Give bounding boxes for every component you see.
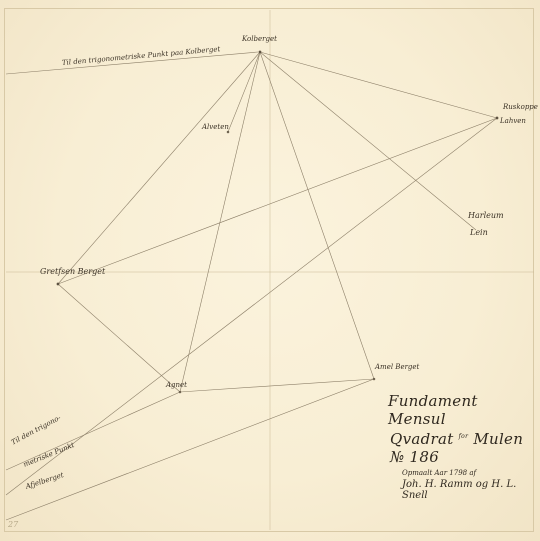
label-agnet: Agnet (166, 382, 187, 389)
label-amel-berget: Amel Berget (375, 364, 419, 371)
title-for: for (459, 433, 469, 440)
label-ruskoppe: Ruskoppe (503, 104, 538, 111)
label-lahven: Lahven (500, 118, 526, 125)
title-quadrat: Qvadrat (390, 430, 454, 448)
title-line-3: Opmaalt Aar 1798 af (402, 469, 540, 477)
title-cartouche: Fundament Mensul Qvadrat for Mulen № 186… (388, 392, 540, 501)
label-alveten: Alveten (202, 124, 229, 131)
label-gretfsen-berget: Gretfsen Berget (40, 268, 105, 276)
title-line-2: Qvadrat for Mulen № 186 (390, 430, 540, 466)
label-kolberget: Kolberget (242, 36, 277, 43)
title-line-1: Fundament Mensul (388, 392, 540, 428)
title-line-4: Joh. H. Ramm og H. L. Snell (402, 479, 540, 501)
label-lein: Lein (470, 229, 488, 237)
map-sheet: Kolberget Ruskoppe Lahven Alveten Harleu… (0, 0, 540, 541)
label-harleum: Harleum (468, 212, 504, 220)
page-number: 27 (8, 520, 18, 529)
